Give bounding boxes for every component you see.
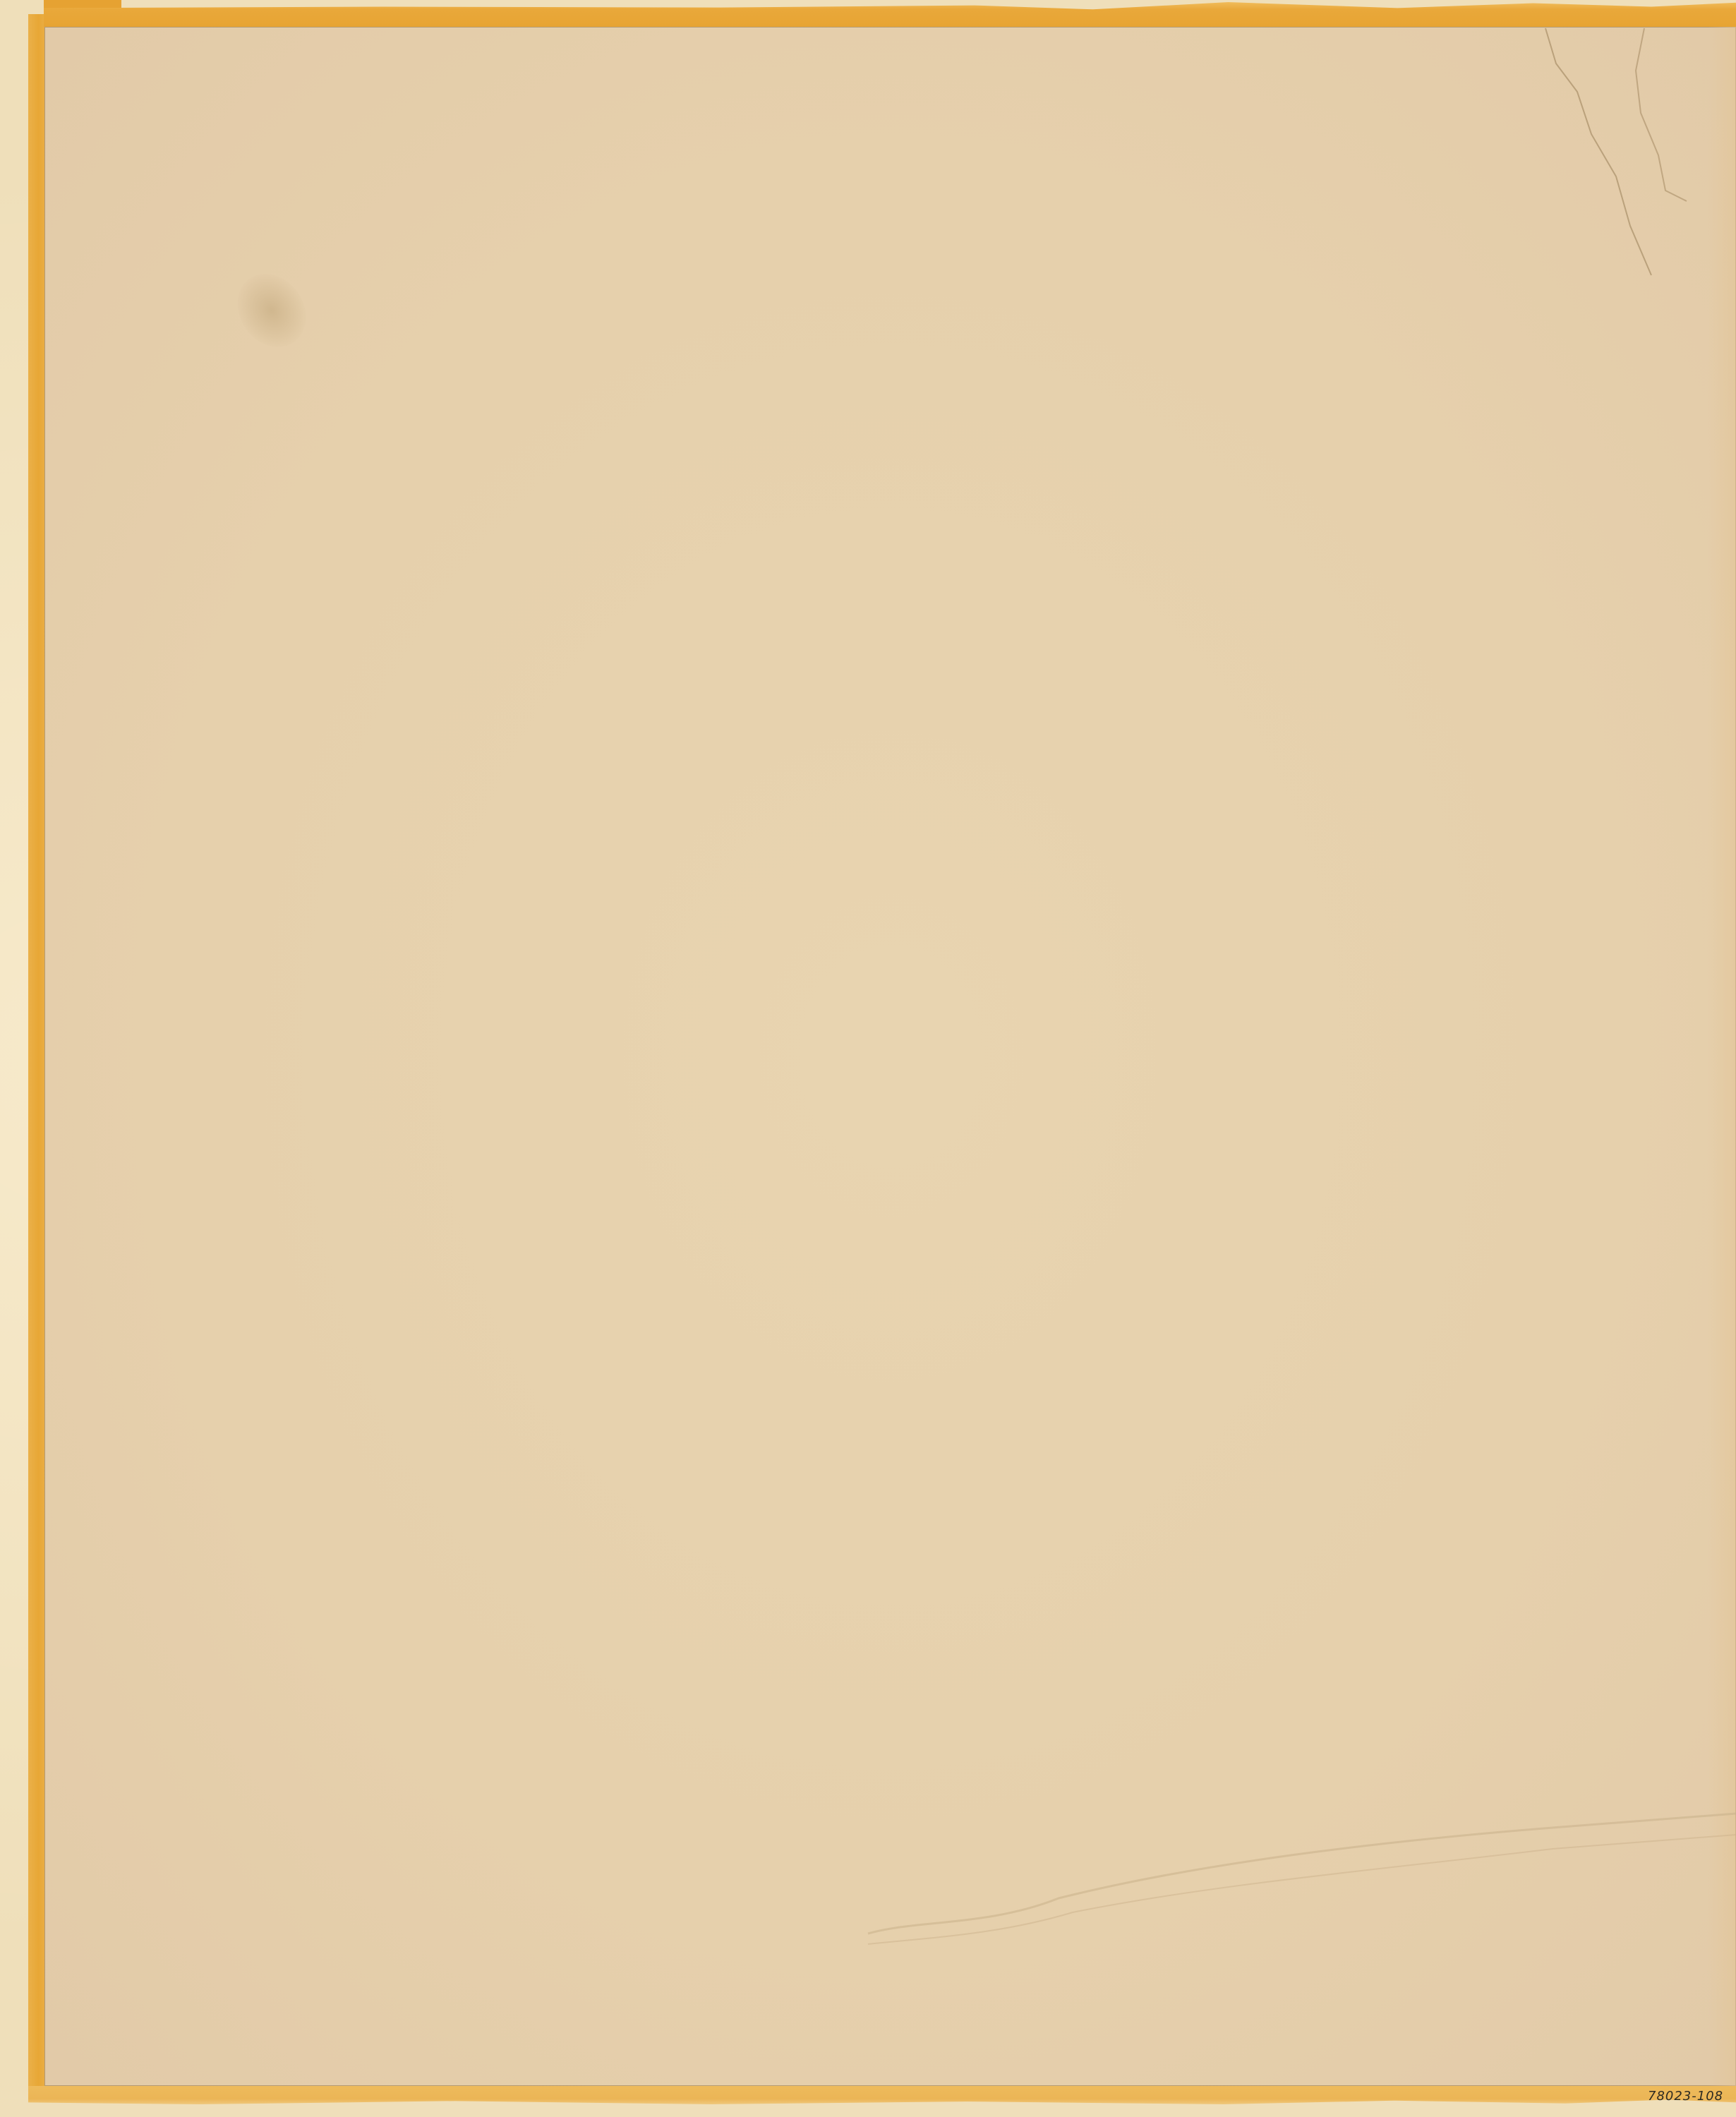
paper-discoloration-right — [1708, 27, 1736, 2086]
tape-bottom-edge — [28, 2086, 1736, 2104]
tape-left-edge — [28, 14, 45, 2096]
inventory-number: 78023-108 — [1648, 2089, 1723, 2104]
